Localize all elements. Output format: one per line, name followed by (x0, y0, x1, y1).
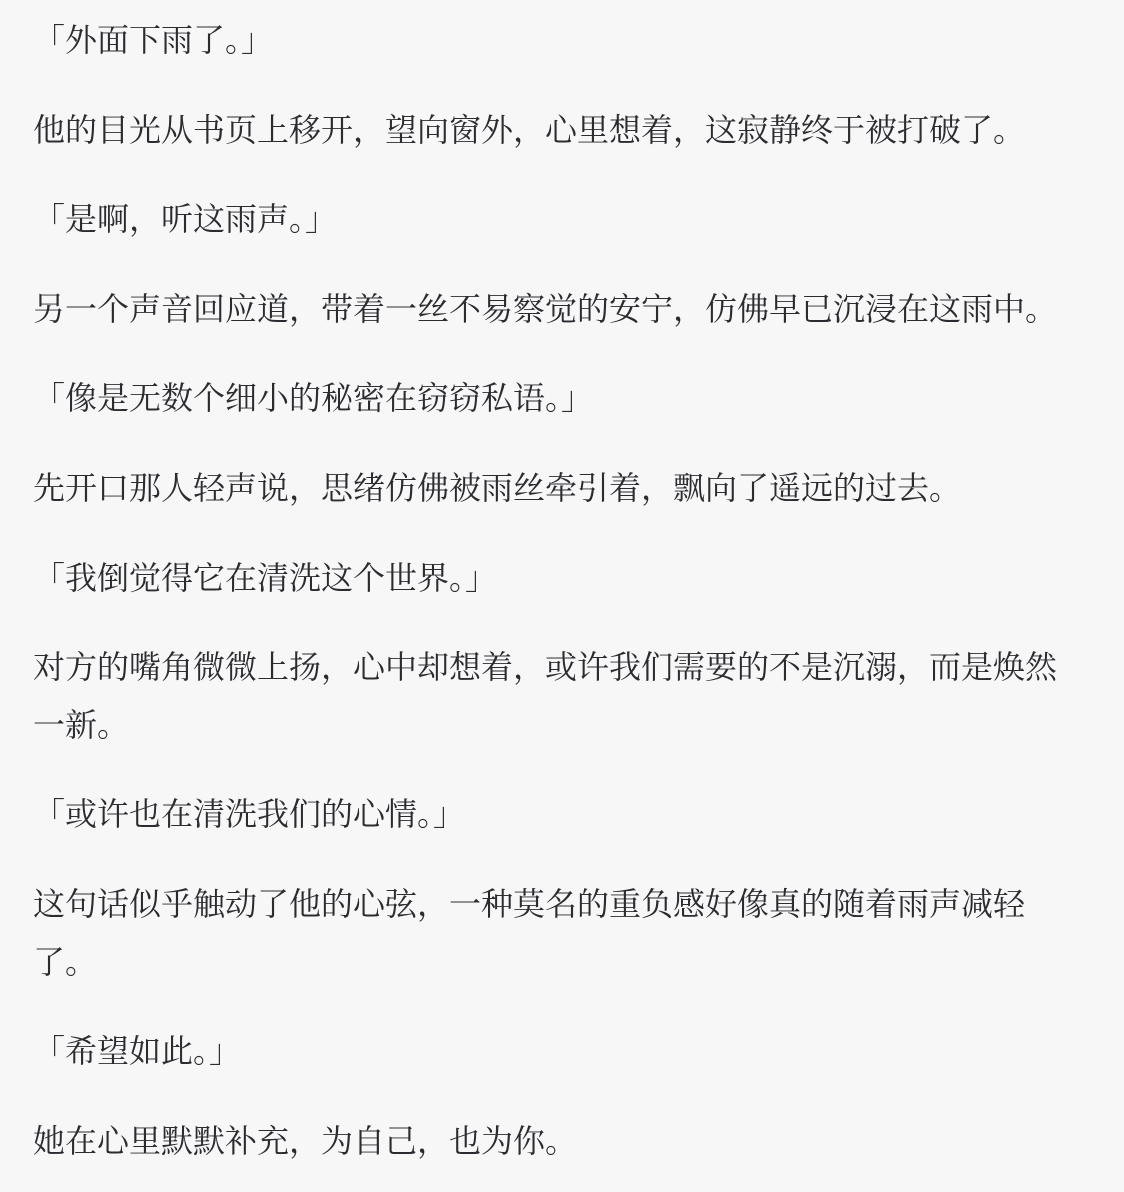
paragraph: 他的目光从书页上移开，望向窗外，心里想着，这寂静终于被打破了。 (33, 102, 1063, 160)
paragraph: 「或许也在清洗我们的心情。」 (33, 786, 1063, 844)
paragraph: 她在心里默默补充，为自己，也为你。 (33, 1113, 1063, 1171)
paragraph: 「希望如此。」 (33, 1023, 1063, 1081)
paragraph: 对方的嘴角微微上扬，心中却想着，或许我们需要的不是沉溺，而是焕然一新。 (33, 639, 1063, 754)
paragraph: 「是啊，听这雨声。」 (33, 191, 1063, 249)
paragraph: 「我倒觉得它在清洗这个世界。」 (33, 550, 1063, 608)
paragraph: 另一个声音回应道，带着一丝不易察觉的安宁，仿佛早已沉浸在这雨中。 (33, 281, 1063, 339)
paragraph: 先开口那人轻声说，思绪仿佛被雨丝牵引着，飘向了遥远的过去。 (33, 460, 1063, 518)
paragraph: 这句话似乎触动了他的心弦，一种莫名的重负感好像真的随着雨声减轻了。 (33, 876, 1063, 991)
story-text: 「外面下雨了。」他的目光从书页上移开，望向窗外，心里想着，这寂静终于被打破了。「… (0, 0, 1124, 1192)
paragraph: 「像是无数个细小的秘密在窃窃私语。」 (33, 370, 1063, 428)
paragraph: 「外面下雨了。」 (33, 12, 1063, 70)
